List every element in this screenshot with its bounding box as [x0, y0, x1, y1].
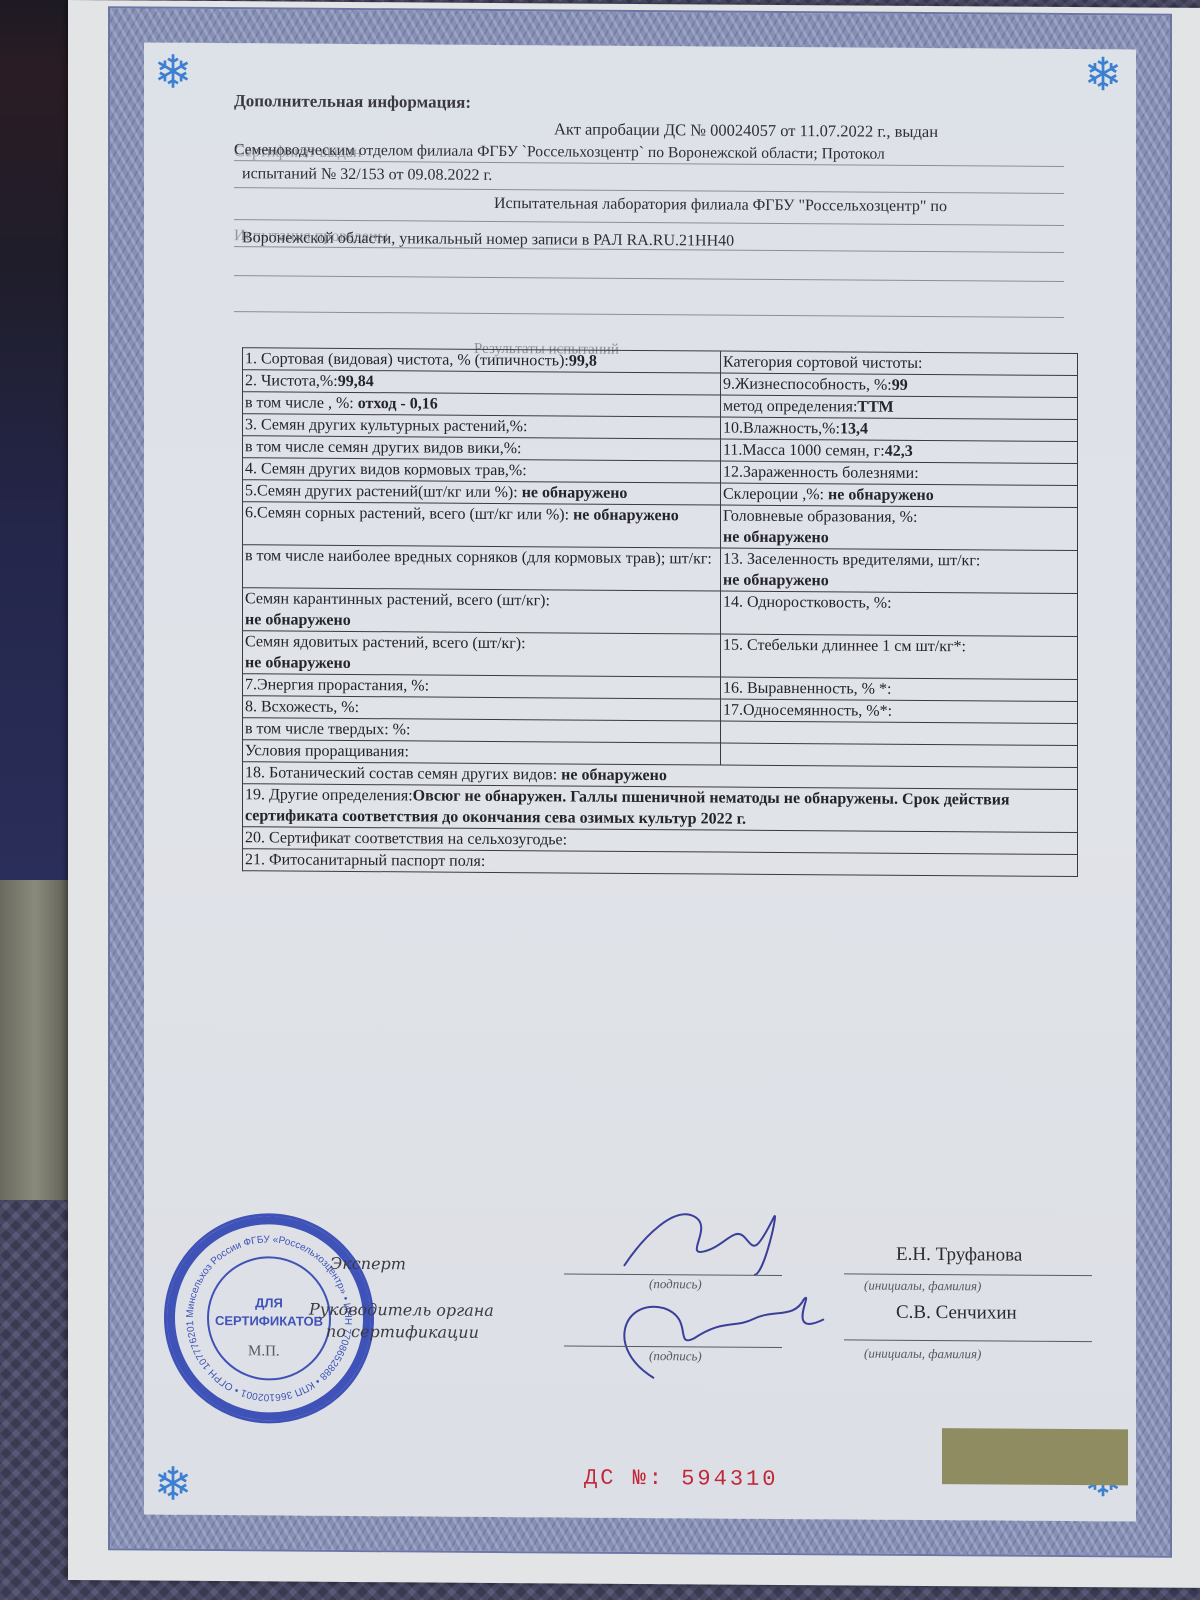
cell-value: отход - 0,16	[358, 395, 438, 413]
cell-label: Категория сортовой чистоты:	[723, 354, 922, 372]
name-caption: (инициалы, фамилия)	[864, 1346, 981, 1363]
cell-label: 13. Заселенность вредителями, шт/кг:	[723, 551, 980, 570]
name-line	[844, 1339, 1092, 1342]
results-table: 1. Сортовая (видовая) чистота, % (типичн…	[242, 347, 1078, 877]
table-row: в том числе наиболее вредных сорняков (д…	[243, 545, 1078, 594]
table-cell: 11.Масса 1000 семян, г:42,3	[721, 439, 1078, 463]
name-caption: (инициалы, фамилия)	[864, 1278, 981, 1295]
cell-label: 12.Зараженность болезнями:	[723, 464, 919, 482]
cell-label: 10.Влажность,%:	[723, 420, 840, 438]
table-cell: в том числе твердых: %:	[243, 718, 721, 743]
cell-label: 18. Ботанический состав семян других вид…	[245, 764, 561, 783]
table-cell: 6.Семян сорных растений, всего (шт/кг ил…	[243, 502, 721, 548]
cell-value: не обнаружено	[245, 654, 351, 672]
table-cell: метод определения:ТТМ	[721, 395, 1078, 419]
guilloche-frame: ❄ ❄ ❄ ❄ Дополнительная информация: Акт а…	[110, 8, 1170, 1555]
lab-line-1: Испытательная лаборатория филиала ФГБУ "…	[494, 195, 947, 216]
cell-label: 9.Жизнеспособность, %:	[723, 376, 892, 394]
table-cell: 16. Выравненность, % *:	[721, 677, 1078, 701]
table-cell: Семян ядовитых растений, всего (шт/кг):н…	[243, 631, 721, 677]
cell-label: 7.Энергия прорастания, %:	[245, 676, 429, 694]
cell-label: 21. Фитосанитарный паспорт поля:	[245, 851, 485, 870]
table-cell: 10.Влажность,%:13,4	[721, 417, 1078, 441]
table-row: 21. Фитосанитарный паспорт поля:	[243, 849, 1078, 877]
cell-value: 99,8	[569, 352, 597, 369]
cell-value: 13,4	[840, 420, 868, 437]
rule	[234, 311, 1064, 318]
background-dark	[0, 0, 70, 880]
table-cell: в том числе , %: отход - 0,16	[243, 392, 721, 417]
cell-label: в том числе наиболее вредных сорняков (д…	[245, 547, 712, 567]
cell-label: 20. Сертификат соответствия на сельхозуг…	[245, 829, 567, 848]
cell-label: Семян карантинных растений, всего (шт/кг…	[245, 590, 550, 609]
rule	[234, 219, 1064, 226]
table-cell: 21. Фитосанитарный паспорт поля:	[243, 849, 1078, 877]
table-cell: 15. Стебельки длиннее 1 см шт/кг*:	[721, 634, 1078, 679]
table-cell: Категория сортовой чистоты:	[721, 351, 1078, 375]
cell-label: 14. Одноростковость, %:	[723, 594, 892, 612]
cell-value: 42,3	[885, 443, 913, 460]
table-cell: 2. Чистота,%:99,84	[243, 370, 721, 395]
expert-name: Е.Н. Труфанова	[896, 1244, 1022, 1267]
signature-caption: (подпись)	[649, 1348, 702, 1364]
cell-label: Условия проращивания:	[245, 742, 409, 760]
name-line	[844, 1273, 1092, 1276]
redacted-block	[942, 1428, 1128, 1485]
table-row: Семян карантинных растений, всего (шт/кг…	[243, 588, 1078, 637]
table-row: 6.Семян сорных растений, всего (шт/кг ил…	[243, 502, 1078, 551]
head-signature	[584, 1278, 844, 1400]
cell-label: 4. Семян других видов кормовых трав,%:	[245, 460, 527, 479]
head-role-label-1: Руководитель органа	[309, 1300, 494, 1320]
expert-signature	[604, 1196, 804, 1277]
cell-label: 2. Чистота,%:	[245, 372, 338, 390]
table-cell: в том числе семян других видов вики,%:	[243, 436, 721, 461]
cell-label: в том числе твердых: %:	[245, 720, 410, 738]
cell-value: 99	[892, 377, 908, 394]
table-cell: 14. Одноростковость, %:	[721, 591, 1078, 636]
certificate-body: ❄ ❄ ❄ ❄ Дополнительная информация: Акт а…	[144, 43, 1136, 1522]
cell-value: не обнаружено	[245, 611, 351, 629]
cell-label: Склероции ,%:	[723, 486, 828, 504]
cell-label: Семян ядовитых растений, всего (шт/кг):	[245, 633, 526, 652]
cell-value: не обнаружено	[828, 486, 934, 504]
cell-label: 6.Семян сорных растений, всего (шт/кг ил…	[245, 504, 573, 523]
cell-label: 11.Масса 1000 семян, г:	[723, 442, 885, 460]
cell-value: не обнаружено	[723, 529, 829, 547]
cell-value: не обнаружено	[573, 507, 679, 525]
table-cell: 12.Зараженность болезнями:	[721, 461, 1078, 485]
table-row: Семян ядовитых растений, всего (шт/кг):н…	[243, 631, 1078, 680]
certificate-sheet: ❄ ❄ ❄ ❄ Дополнительная информация: Акт а…	[68, 0, 1200, 1588]
table-cell: 1. Сортовая (видовая) чистота, % (типичн…	[243, 348, 721, 373]
table-cell: Семян карантинных растений, всего (шт/кг…	[243, 588, 721, 634]
cell-label: 5.Семян других растений(шт/кг или %):	[245, 482, 522, 501]
table-cell: Склероции ,%: не обнаружено	[721, 483, 1078, 507]
cell-label: 15. Стебельки длиннее 1 см шт/кг*:	[723, 637, 966, 656]
table-cell: 5.Семян других растений(шт/кг или %): не…	[243, 480, 721, 505]
cell-value: не обнаружено	[723, 572, 829, 590]
cell-value: не обнаружено	[561, 766, 667, 784]
table-cell: 17.Односемянность, %*:	[721, 699, 1078, 723]
table-cell: Условия проращивания:	[243, 740, 721, 765]
cell-label: Головневые образования, %:	[723, 508, 917, 526]
table-cell: 7.Энергия прорастания, %:	[243, 674, 721, 699]
cell-label: в том числе семян других видов вики,%:	[245, 438, 522, 457]
table-cell	[721, 721, 1078, 745]
act-approbation-line: Акт апробации ДС № 00024057 от 11.07.202…	[554, 119, 938, 142]
cell-label: 19. Другие определения:	[245, 786, 413, 804]
serial-number: ДС №: 594310	[584, 1466, 778, 1492]
table-cell	[721, 743, 1078, 767]
cell-label: 16. Выравненность, % *:	[723, 680, 891, 698]
table-cell: 4. Семян других видов кормовых трав,%:	[243, 458, 721, 483]
head-role-label-2: по сертификации	[326, 1322, 479, 1342]
cell-value: не обнаружено	[522, 484, 628, 502]
background-jacket	[0, 880, 70, 1200]
table-cell: 13. Заселенность вредителями, шт/кг:не о…	[721, 548, 1078, 593]
table-cell: 9.Жизнеспособность, %:99	[721, 373, 1078, 397]
protocol-line: испытаний № 32/153 от 09.08.2022 г.	[242, 165, 492, 185]
table-cell: Головневые образования, %:не обнаружено	[721, 505, 1078, 550]
cell-label: 3. Семян других культурных растений,%:	[245, 416, 527, 435]
cell-label: метод определения:	[723, 398, 857, 416]
rule	[234, 187, 1064, 194]
cell-label: 1. Сортовая (видовая) чистота, % (типичн…	[245, 350, 569, 369]
mp-label: М.П.	[248, 1343, 280, 1360]
table-row: 19. Другие определения:Овсюг не обнаруже…	[243, 784, 1078, 833]
table-cell: 3. Семян других культурных растений,%:	[243, 414, 721, 439]
table-cell: 8. Всхожесть, %:	[243, 696, 721, 721]
cell-value: 99,84	[338, 373, 374, 390]
table-cell: в том числе наиболее вредных сорняков (д…	[243, 545, 721, 591]
cell-label: 8. Всхожесть, %:	[245, 698, 359, 716]
additional-info-title: Дополнительная информация:	[234, 91, 471, 113]
rule	[234, 275, 1064, 282]
head-name: С.В. Сенчихин	[896, 1302, 1017, 1325]
cell-label: в том числе , %:	[245, 394, 358, 412]
cell-value: ТТМ	[857, 399, 893, 416]
table-cell: 19. Другие определения:Овсюг не обнаруже…	[243, 784, 1078, 833]
expert-role-label: Эксперт	[330, 1254, 406, 1274]
cell-label: 17.Односемянность, %*:	[723, 702, 892, 720]
